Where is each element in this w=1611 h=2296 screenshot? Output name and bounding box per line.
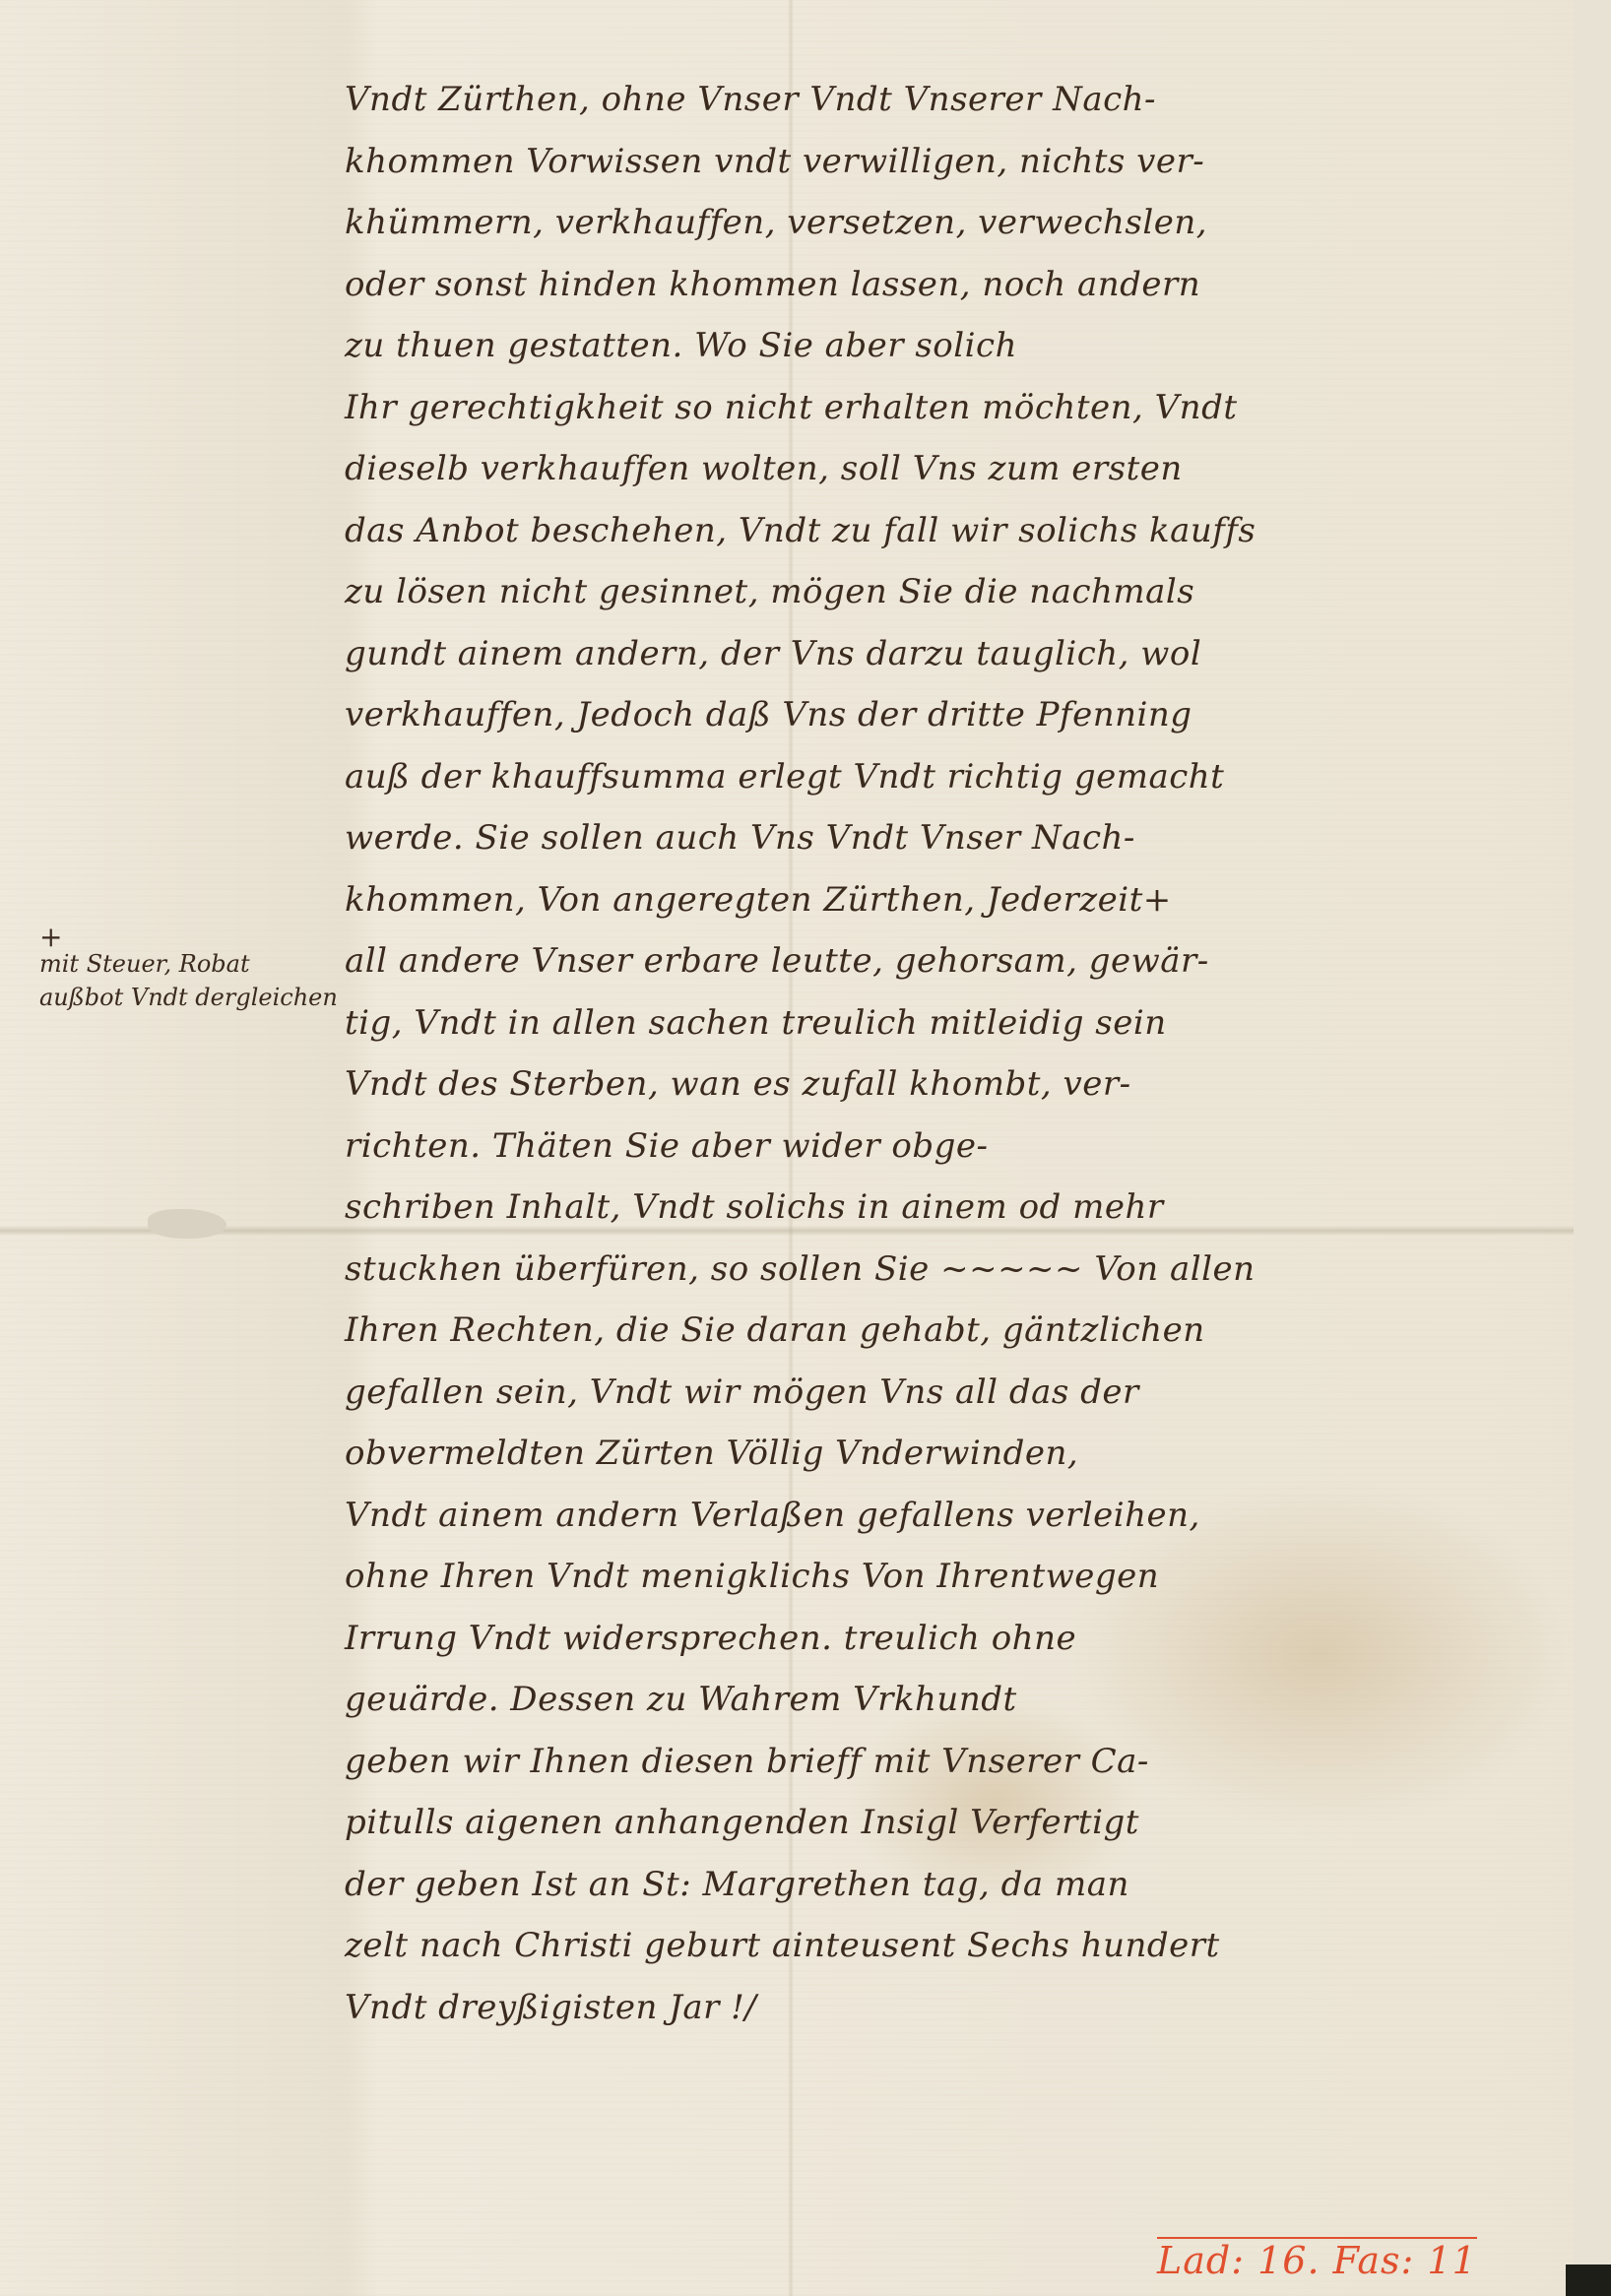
margin-note-line: mit Steuer, Robat (39, 947, 354, 981)
text-line: auß der khauffsumma erlegt Vndt richtig … (345, 746, 1566, 808)
text-line: Vndt des Sterben, wan es zufall khombt, … (345, 1053, 1566, 1116)
archive-shelfmark: Lad: 16. Fas: 11 (1157, 2237, 1477, 2282)
text-line: verkhauffen, Jedoch daß Vns der dritte P… (345, 684, 1566, 746)
text-line: stuckhen überfüren, so sollen Sie ~~~~~ … (345, 1239, 1566, 1301)
text-line: der geben Ist an St: Margrethen tag, da … (345, 1854, 1566, 1916)
text-line: zu thuen gestatten. Wo Sie aber solich (345, 315, 1566, 377)
text-line: ohne Ihren Vndt menigklichs Von Ihrentwe… (345, 1546, 1566, 1608)
text-line: werde. Sie sollen auch Vns Vndt Vnser Na… (345, 807, 1566, 869)
text-line: das Anbot beschehen, Vndt zu fall wir so… (345, 500, 1566, 562)
scan-background (1566, 2264, 1611, 2296)
text-line: Vndt ainem andern Verlaßen gefallens ver… (345, 1485, 1566, 1547)
text-line: geben wir Ihnen diesen brieff mit Vnsere… (345, 1731, 1566, 1793)
text-line: richten. Thäten Sie aber wider obge- (345, 1116, 1566, 1178)
text-line: obvermeldten Zürten Völlig Vnderwinden, (345, 1423, 1566, 1485)
margin-note: mit Steuer, Robat außbot Vndt dergleiche… (39, 925, 354, 1014)
text-line: Ihren Rechten, die Sie daran gehabt, gän… (345, 1300, 1566, 1362)
text-line: dieselb verkhauffen wolten, soll Vns zum… (345, 438, 1566, 500)
text-line: Ihr gerechtigkheit so nicht erhalten möc… (345, 377, 1566, 439)
torn-notch (148, 1209, 226, 1239)
text-line: zu lösen nicht gesinnet, mögen Sie die n… (345, 561, 1566, 623)
manuscript-page: + mit Steuer, Robat außbot Vndt dergleic… (0, 0, 1574, 2296)
text-line: khommen, Von angeregten Zürthen, Jederze… (345, 869, 1566, 931)
text-line: Vndt Zürthen, ohne Vnser Vndt Vnserer Na… (345, 69, 1566, 131)
manuscript-body-text: Vndt Zürthen, ohne Vnser Vndt Vnserer Na… (345, 69, 1566, 2038)
text-line: all andere Vnser erbare leutte, gehorsam… (345, 930, 1566, 992)
text-line: khümmern, verkhauffen, versetzen, verwec… (345, 192, 1566, 254)
text-line: tig, Vndt in allen sachen treulich mitle… (345, 992, 1566, 1054)
margin-note-line: außbot Vndt dergleichen (39, 981, 354, 1014)
text-line: zelt nach Christi geburt ainteusent Sech… (345, 1915, 1566, 1977)
text-line: gefallen sein, Vndt wir mögen Vns all da… (345, 1362, 1566, 1424)
text-line: geuärde. Dessen zu Wahrem Vrkhundt (345, 1669, 1566, 1731)
text-line: khommen Vorwissen vndt verwilligen, nich… (345, 131, 1566, 193)
underlying-sheet-edge (1574, 0, 1611, 2296)
text-line: Irrung Vndt widersprechen. treulich ohne (345, 1608, 1566, 1670)
text-line: Vndt dreyßigisten Jar !/ (345, 1977, 1566, 2039)
text-line: oder sonst hinden khommen lassen, noch a… (345, 254, 1566, 316)
text-line: pitulls aigenen anhangenden Insigl Verfe… (345, 1792, 1566, 1854)
text-line: schriben Inhalt, Vndt solichs in ainem o… (345, 1177, 1566, 1239)
text-line: gundt ainem andern, der Vns darzu taugli… (345, 623, 1566, 685)
